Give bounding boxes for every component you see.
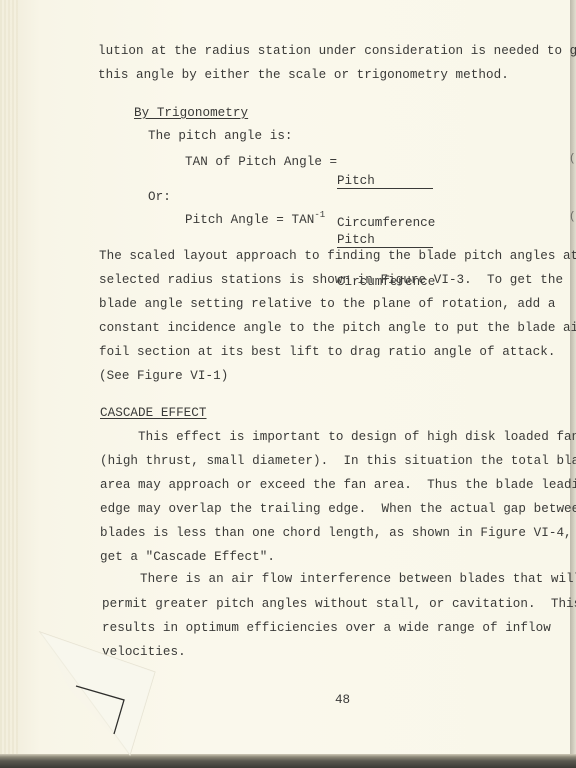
folded-corner [0,0,576,768]
